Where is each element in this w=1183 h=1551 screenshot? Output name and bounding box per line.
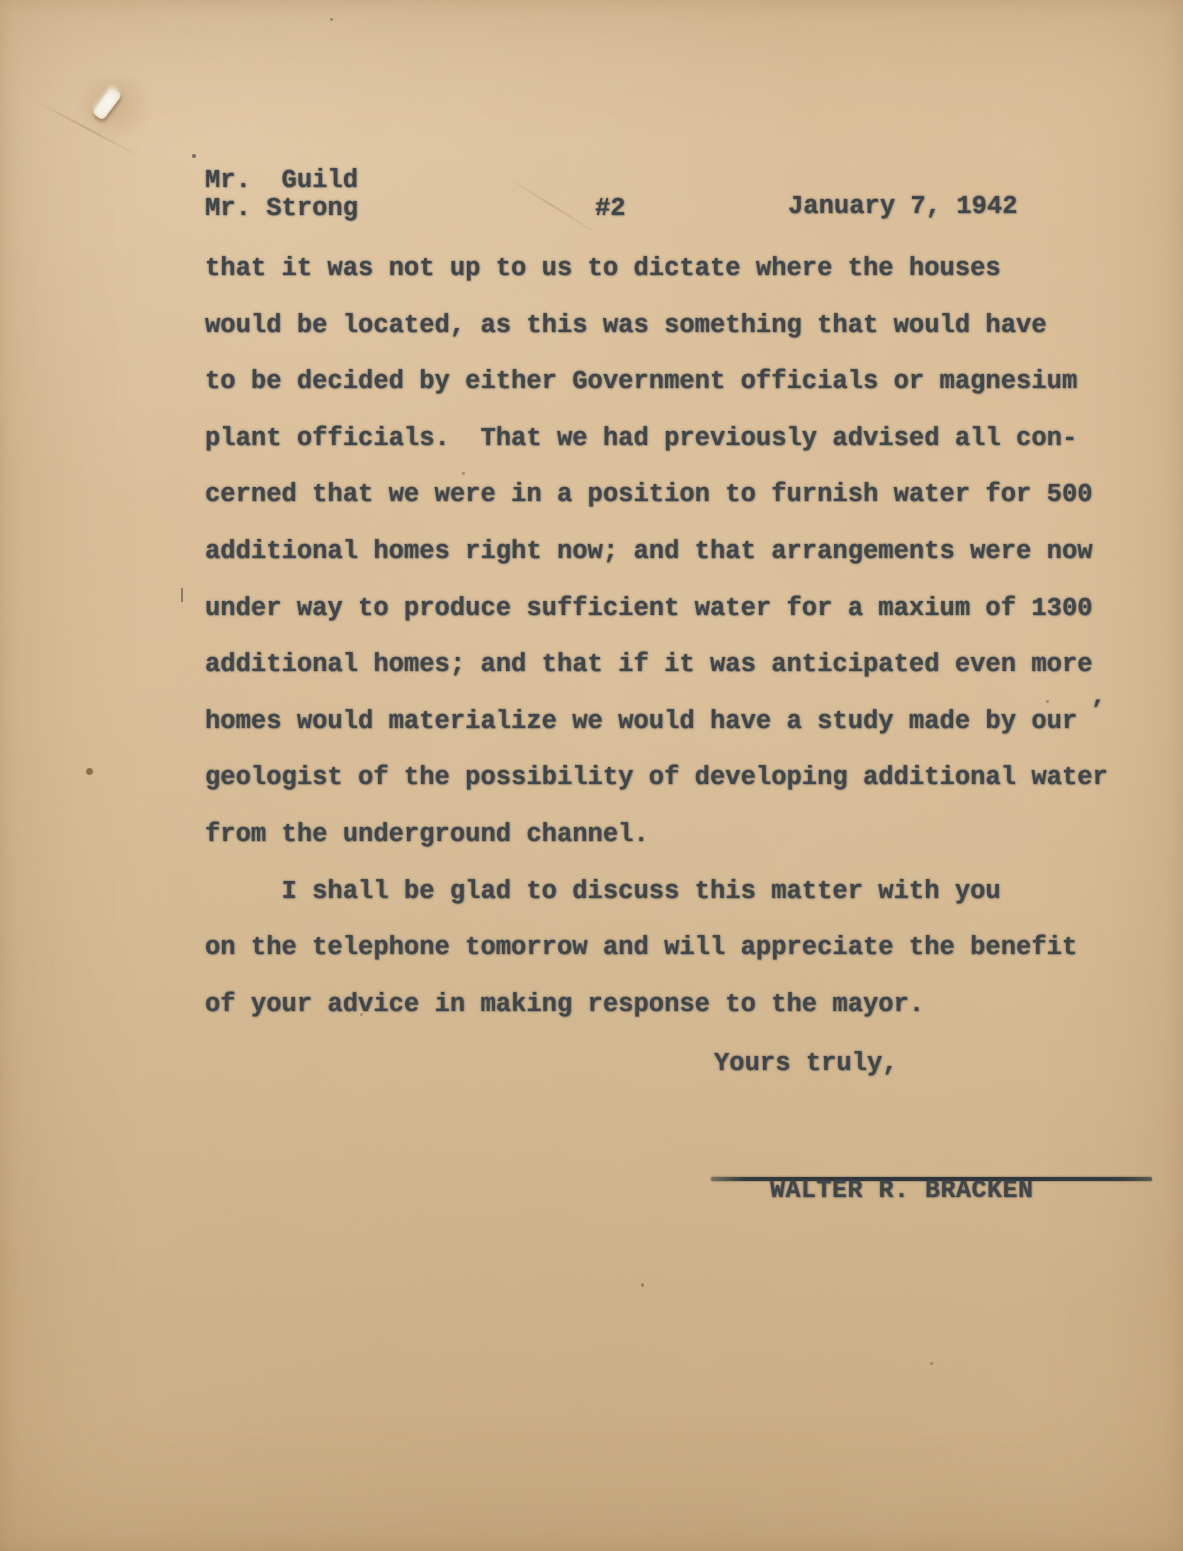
body-line: under way to produce sufficient water fo… [205,581,1135,638]
body-line: of your advice in making response to the… [205,977,1135,1034]
letter-body: that it was not up to us to dictate wher… [205,241,1135,1033]
recipient-name: Mr. Guild [205,167,358,195]
paper-speck [192,154,196,158]
body-line: additional homes right now; and that arr… [205,524,1135,581]
signature-name: WALTER R. BRACKEN [770,1174,1034,1208]
stray-ink-mark: ’ [1090,698,1104,725]
body-line: plant officials. That we had previously … [205,411,1135,468]
body-line: cerned that we were in a position to fur… [205,467,1135,524]
page-number: #2 [595,195,626,223]
body-line: would be located, as this was something … [205,298,1135,355]
recipient-name: Mr. Strong [205,195,358,223]
body-line: to be decided by either Government offic… [205,354,1135,411]
body-line: that it was not up to us to dictate wher… [205,241,1135,298]
closing-salutation: Yours truly, [714,1036,898,1092]
paper-speck [330,18,333,21]
paper-speck [641,1283,644,1287]
paper-speck [930,1362,933,1365]
letter-page: Mr. Guild Mr. Strong #2 January 7, 1942 … [0,0,1183,1551]
body-line: from the underground channel. [205,807,1135,864]
body-line paragraph-start: I shall be glad to discuss this matter w… [205,864,1135,921]
paper-crease [506,176,600,236]
body-line: additional homes; and that if it was ant… [205,637,1135,694]
paper-speck [86,768,93,775]
paper-dent [62,58,167,153]
body-line: homes would materialize we would have a … [205,694,1135,751]
body-line: on the telephone tomorrow and will appre… [205,920,1135,977]
body-line: geologist of the possibility of developi… [205,750,1135,807]
stray-ink-tick [181,588,183,602]
letter-date: January 7, 1942 [788,193,1018,221]
